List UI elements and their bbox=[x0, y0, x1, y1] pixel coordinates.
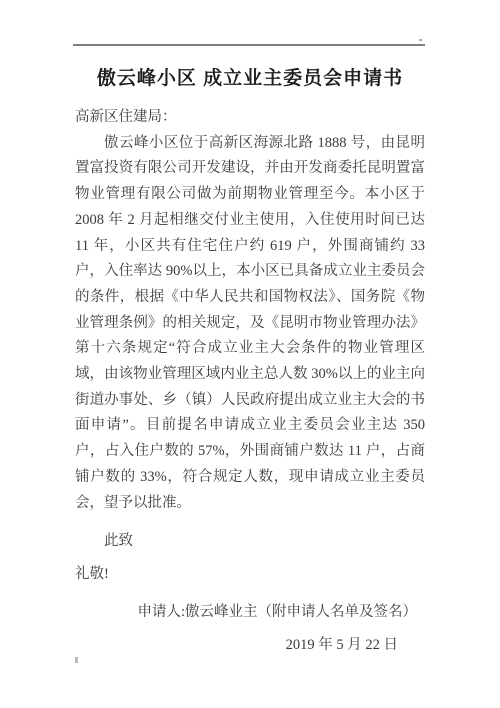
document-page: 傲云峰小区 成立业主委员会申请书 高新区住建局： 傲云峰小区位于高新区海源北路 … bbox=[0, 0, 500, 708]
rule-end-speck bbox=[419, 39, 422, 41]
document-body: 高新区住建局： 傲云峰小区位于高新区海源北路 1888 号，由昆明置富投资有限公… bbox=[75, 105, 425, 659]
salutation-line: 高新区住建局： bbox=[75, 105, 425, 131]
main-paragraph: 傲云峰小区位于高新区海源北路 1888 号，由昆明置富投资有限公司开发建设，并由… bbox=[75, 131, 425, 517]
closing-lijing: 礼敬! bbox=[75, 562, 425, 588]
applicant-line: 申请人:傲云峰业主（附申请人名单及签名） bbox=[75, 600, 425, 626]
closing-cizhi: 此致 bbox=[75, 529, 425, 555]
page-title: 傲云峰小区 成立业主委员会申请书 bbox=[0, 63, 500, 90]
bottom-left-speck bbox=[75, 657, 78, 663]
header-rule bbox=[73, 44, 425, 46]
date-line: 2019 年 5 月 22 日 bbox=[75, 633, 425, 659]
